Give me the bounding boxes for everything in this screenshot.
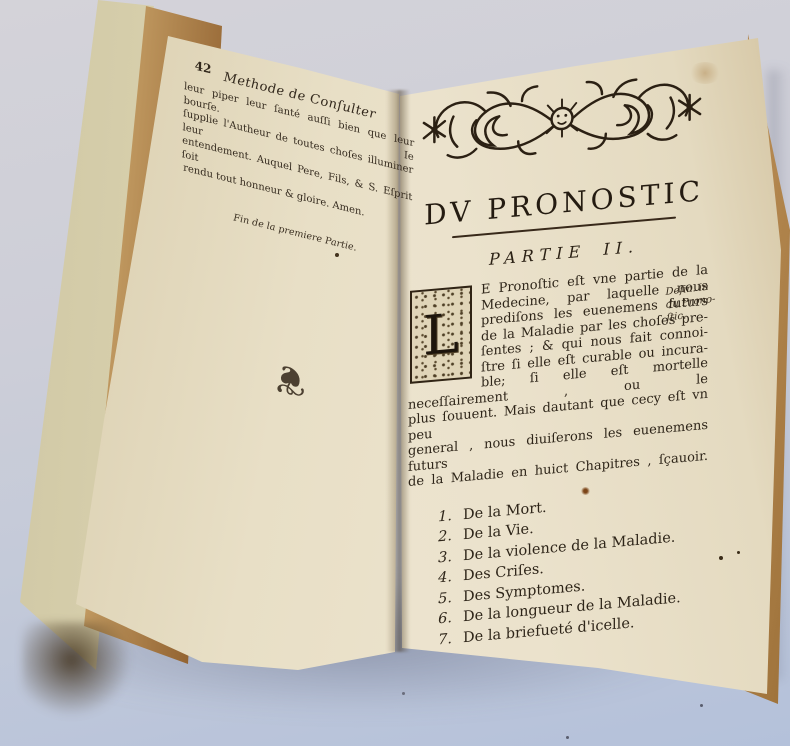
- right-page-content: DV PRONOSTIC PARTIE II. Defin. in du Pro…: [408, 61, 720, 653]
- drop-cap-letter: L: [423, 306, 459, 363]
- list-number: 4.: [434, 567, 452, 589]
- foxing-stain: [581, 487, 590, 495]
- ink-speck: [335, 253, 339, 257]
- foxing-stain: [688, 62, 722, 84]
- section-title: DV PRONOSTIC: [408, 173, 720, 233]
- list-number: 7.: [434, 629, 452, 651]
- list-number: 5.: [434, 588, 452, 610]
- headpiece-ornament-icon: [414, 66, 710, 172]
- list-number: 1.: [434, 506, 452, 528]
- left-page-content: 42 Methode de Conſulter leur piper leur …: [174, 60, 415, 431]
- list-number: 2.: [434, 526, 452, 548]
- background-speck: [566, 736, 569, 739]
- book-photograph: 42 Methode de Conſulter leur piper leur …: [0, 0, 790, 746]
- ink-speck: [719, 556, 723, 560]
- woodcut-initial-L: L: [410, 285, 472, 383]
- opening-paragraph: Defin. in du Prono- ſtic. L E Pronoſtic …: [408, 263, 708, 491]
- background-speck: [700, 704, 703, 707]
- list-number: 6.: [434, 608, 452, 630]
- background-speck: [402, 692, 405, 695]
- headpiece-mask-face: [547, 98, 577, 138]
- ink-speck: [737, 551, 740, 554]
- spine-foot-shadow: [22, 622, 132, 717]
- list-number: 3.: [434, 547, 452, 569]
- chapter-list: 1. De la Mort. 2. De la Vie. 3. De la vi…: [434, 482, 720, 651]
